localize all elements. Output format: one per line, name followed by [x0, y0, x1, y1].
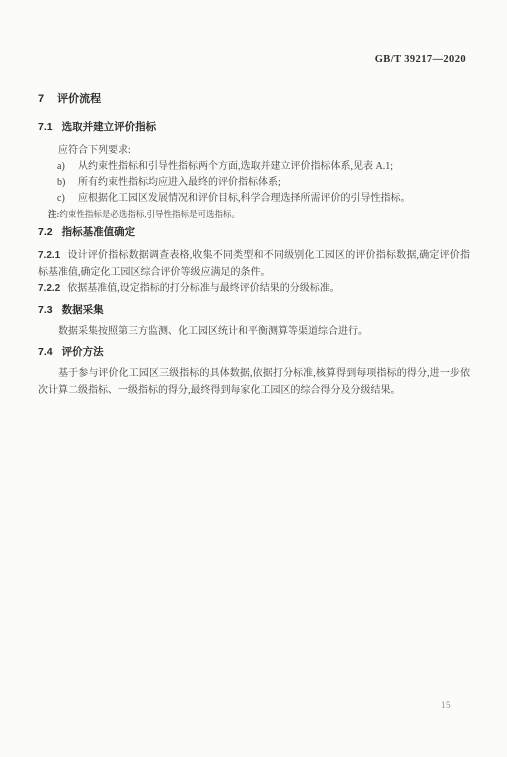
chapter-title: 评价流程 — [57, 93, 101, 105]
chapter-number: 7 — [38, 93, 44, 105]
page-content: 7评价流程 7.1选取并建立评价指标 应符合下列要求: a)从约束性指标和引导性… — [38, 92, 470, 399]
note-label: 注: — [48, 209, 59, 219]
section-7-4-title: 评价方法 — [62, 346, 104, 358]
list-marker-c: c) — [57, 191, 78, 207]
section-7-1-intro: 应符合下列要求: — [38, 143, 470, 159]
section-7-1-number: 7.1 — [38, 121, 53, 133]
section-7-3-number: 7.3 — [38, 304, 53, 316]
list-item-b: b)所有约束性指标均应进入最终的评价指标体系; — [38, 175, 470, 191]
section-7-2-title: 指标基准值确定 — [62, 226, 136, 238]
section-7-2-heading: 7.2指标基准值确定 — [38, 225, 470, 240]
list-item-a: a)从约束性指标和引导性指标两个方面,选取并建立评价指标体系,见表 A.1; — [38, 159, 470, 175]
section-7-2-number: 7.2 — [38, 226, 53, 238]
clause-7-2-2-number: 7.2.2 — [38, 283, 60, 294]
section-7-1-heading: 7.1选取并建立评价指标 — [38, 120, 470, 135]
document-page: GB/T 39217—2020 7评价流程 7.1选取并建立评价指标 应符合下列… — [0, 0, 507, 757]
clause-7-2-1-text: 设计评价指标数据调查表格,收集不同类型和不同级别化工园区的评价指标数据,确定评价… — [38, 250, 470, 278]
section-7-3-title: 数据采集 — [62, 304, 104, 316]
standard-code: GB/T 39217—2020 — [375, 54, 466, 65]
clause-7-2-1-number: 7.2.1 — [38, 250, 60, 261]
list-item-c: c)应根据化工园区发展情况和评价目标,科学合理选择所需评价的引导性指标。 — [38, 191, 470, 207]
section-7-1-title: 选取并建立评价指标 — [62, 121, 157, 133]
list-marker-b: b) — [57, 175, 78, 191]
section-7-4-number: 7.4 — [38, 346, 53, 358]
list-marker-a: a) — [57, 159, 78, 175]
clause-7-2-2-text: 依据基准值,设定指标的打分标准与最终评价结果的分级标准。 — [67, 283, 340, 294]
clause-7-2-1: 7.2.1设计评价指标数据调查表格,收集不同类型和不同级别化工园区的评价指标数据… — [38, 248, 470, 281]
section-7-4-heading: 7.4评价方法 — [38, 345, 470, 360]
note: 注:约束性指标是必选指标,引导性指标是可选指标。 — [48, 208, 470, 220]
paragraph-7-4: 基于参与评价化工园区三级指标的具体数据,依据打分标准,核算得到每项指标的得分,进… — [38, 366, 470, 399]
requirement-list: a)从约束性指标和引导性指标两个方面,选取并建立评价指标体系,见表 A.1; b… — [38, 159, 470, 207]
list-text-c: 应根据化工园区发展情况和评价目标,科学合理选择所需评价的引导性指标。 — [78, 193, 411, 204]
clause-7-2-2: 7.2.2依据基准值,设定指标的打分标准与最终评价结果的分级标准。 — [38, 281, 470, 298]
paragraph-7-3: 数据采集按照第三方监测、化工园区统计和平衡测算等渠道综合进行。 — [38, 324, 470, 341]
note-text: 约束性指标是必选指标,引导性指标是可选指标。 — [59, 209, 240, 219]
section-7-3-heading: 7.3数据采集 — [38, 303, 470, 318]
chapter-heading: 7评价流程 — [38, 92, 470, 107]
list-text-a: 从约束性指标和引导性指标两个方面,选取并建立评价指标体系,见表 A.1; — [78, 161, 393, 172]
list-text-b: 所有约束性指标均应进入最终的评价指标体系; — [78, 177, 281, 188]
page-number: 15 — [441, 700, 451, 710]
